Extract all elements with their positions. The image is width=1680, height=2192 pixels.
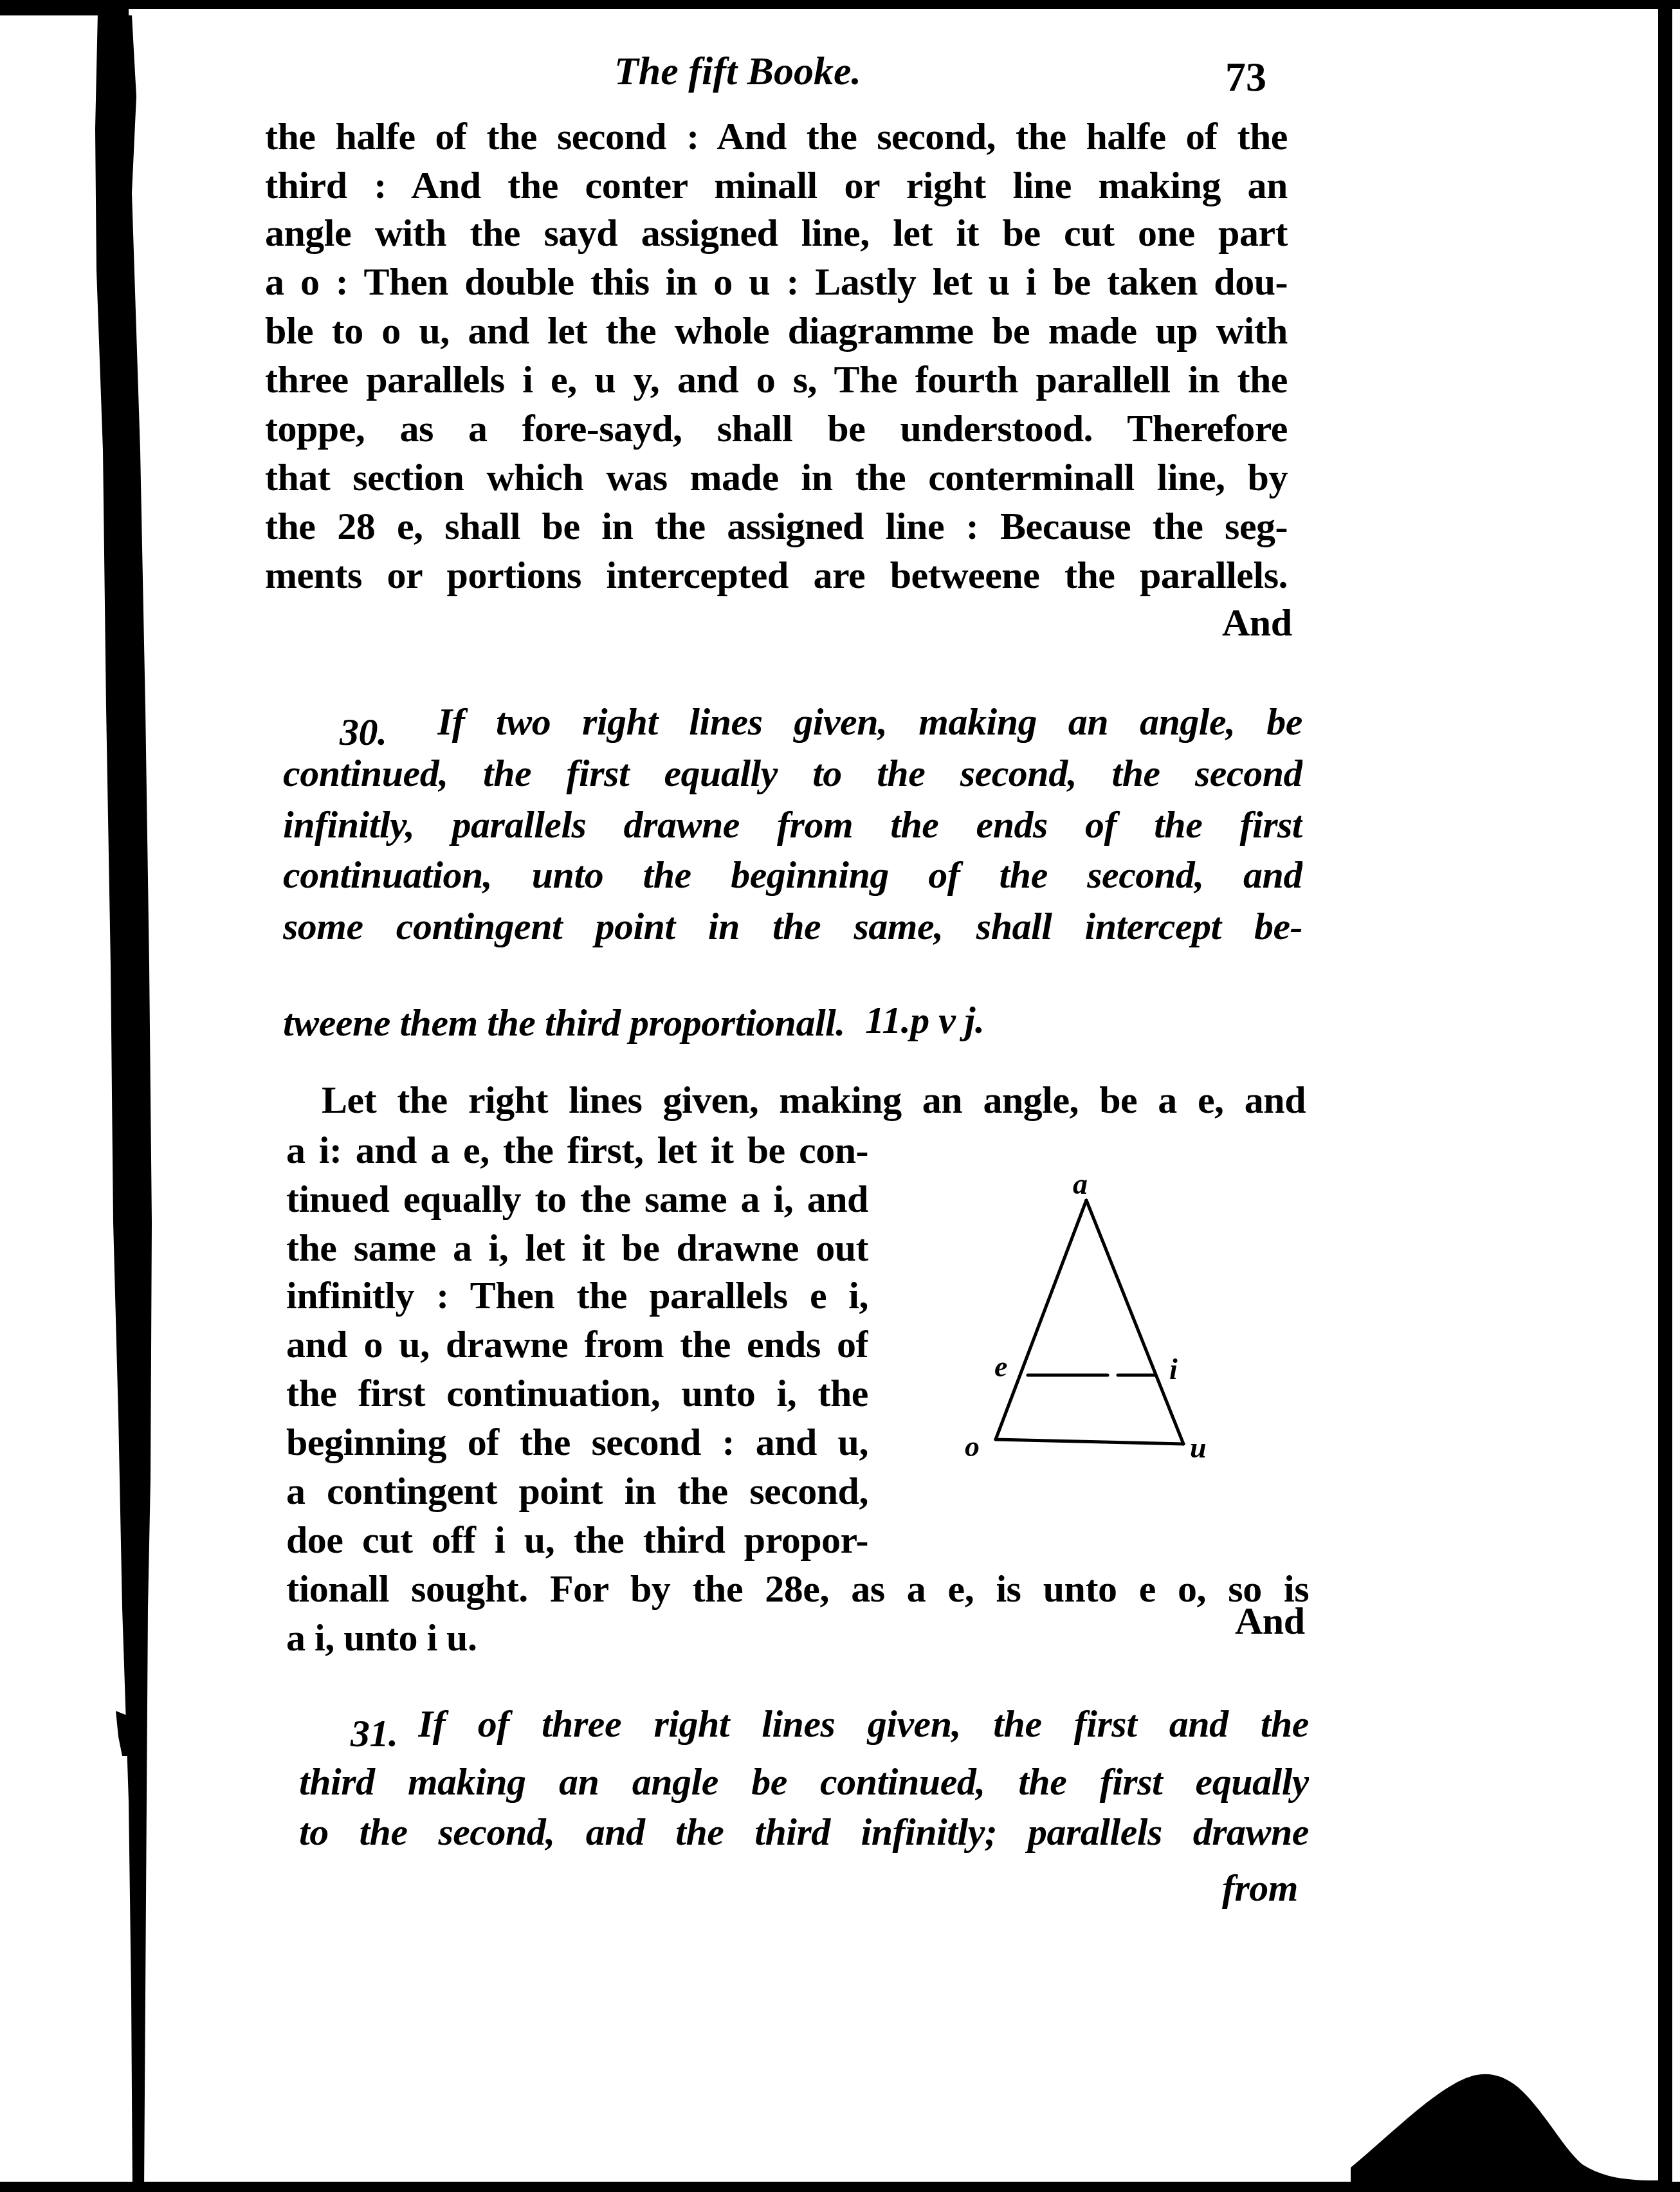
- text-line: infinitly, parallels drawne from the end…: [283, 805, 1302, 850]
- text-line: Let the right lines given, making an ang…: [322, 1081, 1306, 1126]
- text-line: tweene them the third proportionall.: [283, 1003, 845, 1042]
- page-number: 73: [1225, 57, 1266, 98]
- top-edge-band: [0, 0, 1680, 9]
- proposition-number: 30.: [340, 713, 387, 751]
- text-line: tinued equally to the same a i, and: [286, 1180, 868, 1225]
- catchword: And: [1235, 1602, 1305, 1640]
- right-edge-band: [1658, 0, 1672, 2192]
- text-line: third : And the conter minall or right l…: [265, 166, 1288, 211]
- text-line: If two right lines given, making an angl…: [437, 702, 1302, 747]
- triangle-diagram: a e i o u: [926, 1145, 1274, 1531]
- text-line: a i, unto i u.: [286, 1618, 477, 1657]
- point-label-a: a: [1073, 1169, 1088, 1199]
- proposition-number: 31.: [351, 1714, 398, 1753]
- gutter-spine-shadow: [0, 0, 193, 2192]
- text-line: angle with the sayd assigned line, let i…: [265, 214, 1288, 259]
- text-line: doe cut off i u, the third propor-: [286, 1521, 868, 1566]
- text-line: ble to o u, and let the whole diagramme …: [265, 311, 1288, 356]
- text-line: the first continuation, unto i, the: [286, 1374, 868, 1419]
- text-line: third making an angle be continued, the …: [299, 1762, 1309, 1807]
- text-line: to the second, and the third infinitly; …: [299, 1813, 1309, 1858]
- marginal-reference: 11.p v j.: [865, 1001, 985, 1039]
- catchword: And: [1222, 603, 1292, 642]
- text-line: toppe, as a fore-sayd, shall be understo…: [265, 409, 1288, 454]
- text-line: tionall sought. For by the 28e, as a e, …: [286, 1569, 1309, 1614]
- text-line: and o u, drawne from the ends of: [286, 1325, 868, 1370]
- text-line: a o : Then double this in o u : Lastly l…: [265, 262, 1288, 307]
- running-title: The fift Booke.: [614, 51, 861, 91]
- text-line: that section which was made in the conte…: [265, 458, 1288, 503]
- text-line: a contingent point in the second,: [286, 1472, 868, 1517]
- point-label-u: u: [1190, 1433, 1207, 1463]
- text-line: the same a i, let it be drawne out: [286, 1228, 868, 1274]
- point-label-o: o: [965, 1432, 980, 1461]
- text-line: the halfe of the second : And the second…: [265, 117, 1288, 162]
- text-line: continued, the first equally to the seco…: [283, 754, 1302, 799]
- triangle-figure: [926, 1145, 1274, 1531]
- point-label-i: i: [1169, 1355, 1178, 1384]
- text-line: three parallels i e, u y, and o s, The f…: [265, 360, 1288, 405]
- text-line: a i: and a e, the first, let it be con-: [286, 1131, 868, 1176]
- text-line: some contingent point in the same, shall…: [283, 907, 1302, 952]
- point-label-e: e: [994, 1352, 1007, 1382]
- text-line: infinitly : Then the parallels e i,: [286, 1276, 868, 1321]
- text-line: beginning of the second : and u,: [286, 1423, 868, 1468]
- thumb-shadow: [1351, 2026, 1680, 2192]
- text-line: the 28 e, shall be in the assigned line …: [265, 507, 1288, 552]
- text-line: If of three right lines given, the first…: [418, 1704, 1309, 1749]
- catchword: from: [1222, 1868, 1298, 1907]
- text-line: continuation, unto the beginning of the …: [283, 855, 1302, 900]
- text-line: ments or portions intercepted are betwee…: [265, 556, 1288, 601]
